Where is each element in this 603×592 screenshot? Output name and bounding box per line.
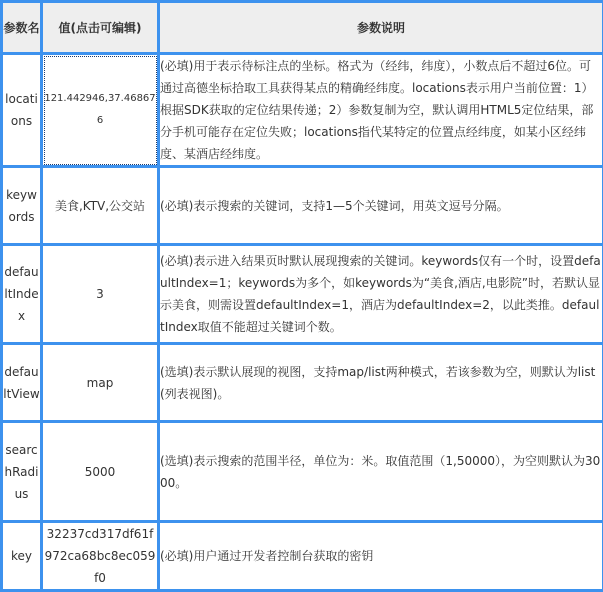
param-description: (必填)表示进入结果页时默认展现搜索的关键词。keywords仅有一个时，设置d… [159,245,603,344]
header-value: 值(点击可编辑) [42,2,159,54]
table-row-key: key 32237cd317df61f972ca68bc8ec059f0 (必填… [2,522,603,570]
param-name: locations [2,54,42,167]
param-value-editable[interactable]: 121.442946,37.468676 [42,54,159,167]
parameter-table: 参数名 值(点击可编辑) 参数说明 locations 121.442946,3… [0,0,603,569]
param-name: key [2,522,42,570]
param-description: (必填)用于表示待标注点的坐标。格式为（经纬，纬度），小数点后不超过6位。可通过… [159,54,603,167]
param-description: (必填)用户通过开发者控制台获取的密钥 [159,522,603,570]
param-description: (选填)表示默认展现的视图，支持map/list两种模式，若该参数为空，则默认为… [159,344,603,422]
table-row-locations: locations 121.442946,37.468676 (必填)用于表示待… [2,54,603,167]
param-name: defaultIndex [2,245,42,344]
param-value-editable[interactable]: 32237cd317df61f972ca68bc8ec059f0 [42,522,159,570]
param-value-editable[interactable]: map [42,344,159,422]
table-row-searchradius: searchRadius 5000 (选填)表示搜索的范围半径，单位为：米。取值… [2,422,603,522]
table-row-defaultindex: defaultIndex 3 (必填)表示进入结果页时默认展现搜索的关键词。ke… [2,245,603,344]
header-param-name: 参数名 [2,2,42,54]
table-row-defaultview: defaultView map (选填)表示默认展现的视图，支持map/list… [2,344,603,422]
param-value-editable[interactable]: 美食,KTV,公交站 [42,167,159,245]
param-description: (必填)表示搜索的关键词，支持1—5个关键词，用英文逗号分隔。 [159,167,603,245]
param-name: keywords [2,167,42,245]
header-description: 参数说明 [159,2,603,54]
param-name: searchRadius [2,422,42,522]
param-value-editable[interactable]: 5000 [42,422,159,522]
table-header-row: 参数名 值(点击可编辑) 参数说明 [2,2,603,54]
param-value-editable[interactable]: 3 [42,245,159,344]
param-name: defaultView [2,344,42,422]
param-description: (选填)表示搜索的范围半径，单位为：米。取值范围（1,50000），为空则默认为… [159,422,603,522]
table-row-keywords: keywords 美食,KTV,公交站 (必填)表示搜索的关键词，支持1—5个关… [2,167,603,245]
